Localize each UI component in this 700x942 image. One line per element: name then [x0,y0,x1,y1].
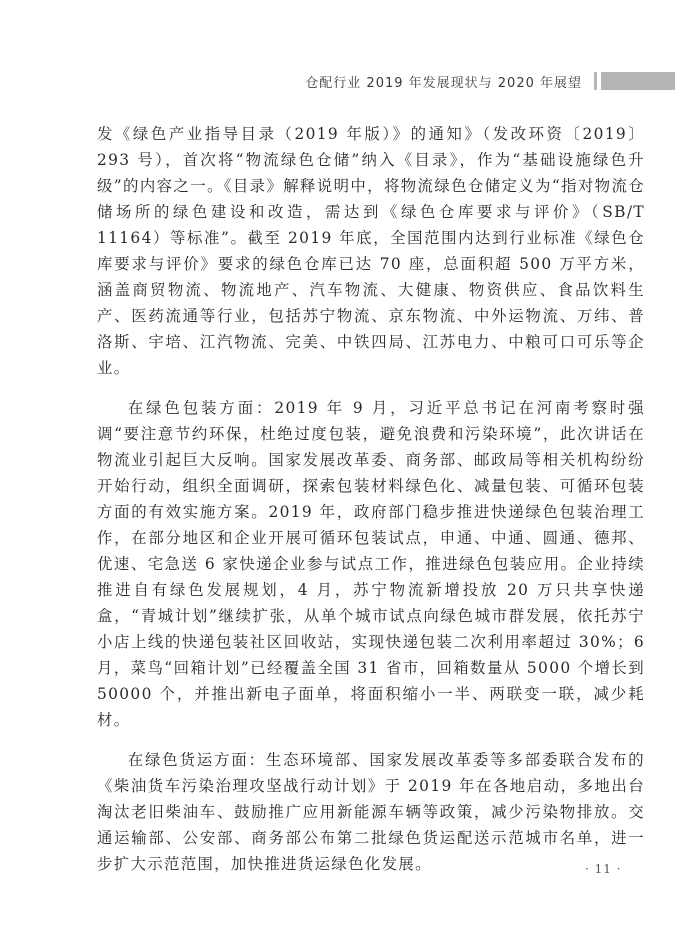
running-header: 仓配行业 2019 年发展现状与 2020 年展望 [0,68,700,94]
paragraph-green-freight: 在绿色货运方面：生态环境部、国家发展改革委等多部委联合发布的《柴油货车污染治理攻… [97,747,645,877]
header-decorative-block [601,72,675,90]
paragraph-green-packaging: 在绿色包装方面：2019 年 9 月，习近平总书记在河南考察时强调“要注意节约环… [97,395,645,733]
page-number: · 11 · [585,862,622,876]
header-divider [594,72,597,90]
running-header-title: 仓配行业 2019 年发展现状与 2020 年展望 [305,72,582,91]
body-text: 发《绿色产业指导目录（2019 年版）》的通知》（发改环资〔2019〕293 号… [97,121,645,877]
paragraph-green-warehousing: 发《绿色产业指导目录（2019 年版）》的通知》（发改环资〔2019〕293 号… [97,121,645,381]
